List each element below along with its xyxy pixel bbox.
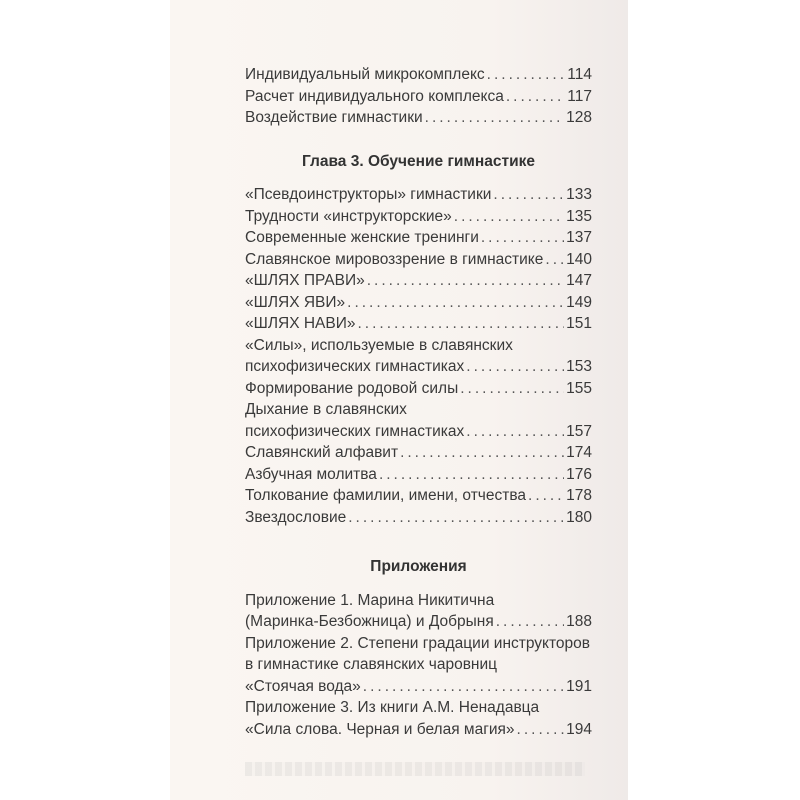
leader-dots xyxy=(466,421,564,443)
toc-entry: «Псевдоинструкторы» гимнастики133 xyxy=(245,184,592,206)
entry-title: Формирование родовой силы xyxy=(245,378,458,400)
entry-title-line: Приложение 2. Степени градации инструкто… xyxy=(245,633,592,655)
entry-title: (Маринка-Безбожница) и Добрыня xyxy=(245,611,494,633)
entry-title-line: «Силы», используемые в славянских xyxy=(245,335,592,357)
leader-dots xyxy=(506,86,565,108)
page-number: 180 xyxy=(566,507,592,529)
entry-title-line: Приложение 3. Из книги А.М. Ненадавца xyxy=(245,697,592,719)
page-number: 140 xyxy=(566,249,592,271)
page-number: 157 xyxy=(566,421,592,443)
page-number: 191 xyxy=(566,676,592,698)
entry-title: Звездословие xyxy=(245,507,346,529)
page-number: 176 xyxy=(566,464,592,486)
leader-dots xyxy=(367,270,564,292)
page-number: 147 xyxy=(566,270,592,292)
page-number: 155 xyxy=(566,378,592,400)
entry-title: «ШЛЯХ НАВИ» xyxy=(245,313,355,335)
leader-dots xyxy=(493,184,564,206)
toc-entry: Звездословие180 xyxy=(245,507,592,529)
page-number: 188 xyxy=(566,611,592,633)
page-number: 174 xyxy=(566,442,592,464)
entry-title: «ШЛЯХ ЯВИ» xyxy=(245,292,345,314)
entry-title-line: Дыхание в славянских xyxy=(245,399,592,421)
leader-dots xyxy=(496,611,564,633)
entry-title: Расчет индивидуального комплекса xyxy=(245,86,504,108)
leader-dots xyxy=(400,442,564,464)
entry-title: Воздействие гимнастики xyxy=(245,107,423,129)
page-number: 194 xyxy=(566,719,592,741)
page-number: 151 xyxy=(566,313,592,335)
toc-entry: Современные женские тренинги137 xyxy=(245,227,592,249)
leader-dots xyxy=(517,719,565,741)
toc-entry: «ШЛЯХ ЯВИ»149 xyxy=(245,292,592,314)
leader-dots xyxy=(348,507,564,529)
toc-entry: психофизических гимнастиках153 xyxy=(245,356,592,378)
leader-dots xyxy=(528,485,564,507)
entry-title: Славянский алфавит xyxy=(245,442,398,464)
leader-dots xyxy=(357,313,564,335)
entry-title: Индивидуальный микрокомплекс xyxy=(245,64,485,86)
toc-entry: психофизических гимнастиках157 xyxy=(245,421,592,443)
toc-entry: Индивидуальный микрокомплекс114 xyxy=(245,64,592,86)
leader-dots xyxy=(545,249,564,271)
toc-entry: (Маринка-Безбожница) и Добрыня188 xyxy=(245,611,592,633)
toc-entry: «Стоячая вода»191 xyxy=(245,676,592,698)
entry-title: «Стоячая вода» xyxy=(245,676,361,698)
appendices-heading: Приложения xyxy=(245,556,592,578)
toc-entry: Азбучная молитва176 xyxy=(245,464,592,486)
page-number: 137 xyxy=(566,227,592,249)
leader-dots xyxy=(425,107,564,129)
chapter-heading: Глава 3. Обучение гимнастике xyxy=(245,151,592,173)
entry-title: Славянское мировоззрение в гимнастике xyxy=(245,249,543,271)
entry-title: Толкование фамилии, имени, отчества xyxy=(245,485,526,507)
leader-dots xyxy=(460,378,564,400)
entry-title: Трудности «инструкторские» xyxy=(245,206,452,228)
toc-entry: Трудности «инструкторские»135 xyxy=(245,206,592,228)
entry-title: «ШЛЯХ ПРАВИ» xyxy=(245,270,365,292)
toc-entry: Славянский алфавит174 xyxy=(245,442,592,464)
page-number: 128 xyxy=(566,107,592,129)
page-number: 135 xyxy=(566,206,592,228)
page-number: 149 xyxy=(566,292,592,314)
leader-dots xyxy=(454,206,564,228)
entry-title-line: Приложение 1. Марина Никитична xyxy=(245,590,592,612)
entry-title: психофизических гимнастиках xyxy=(245,356,464,378)
leader-dots xyxy=(481,227,564,249)
entry-title: психофизических гимнастиках xyxy=(245,421,464,443)
entry-title: Современные женские тренинги xyxy=(245,227,479,249)
leader-dots xyxy=(347,292,564,314)
toc-entry: Расчет индивидуального комплекса117 xyxy=(245,86,592,108)
entry-title-line: в гимнастике славянских чаровниц xyxy=(245,654,592,676)
page-number: 133 xyxy=(566,184,592,206)
toc-entry: Формирование родовой силы155 xyxy=(245,378,592,400)
table-of-contents: Индивидуальный микрокомплекс114 Расчет и… xyxy=(245,64,592,740)
toc-entry: «Сила слова. Черная и белая магия»194 xyxy=(245,719,592,741)
entry-title: «Псевдоинструкторы» гимнастики xyxy=(245,184,491,206)
page-number: 178 xyxy=(566,485,592,507)
leader-dots xyxy=(487,64,566,86)
page-number: 114 xyxy=(567,64,592,86)
page-number: 153 xyxy=(566,356,592,378)
bleed-through-ornament xyxy=(245,762,585,776)
page-number: 117 xyxy=(567,86,592,108)
toc-entry: Воздействие гимнастики128 xyxy=(245,107,592,129)
toc-entry: Славянское мировоззрение в гимнастике140 xyxy=(245,249,592,271)
entry-title: Азбучная молитва xyxy=(245,464,377,486)
leader-dots xyxy=(379,464,564,486)
toc-entry: «ШЛЯХ ПРАВИ»147 xyxy=(245,270,592,292)
leader-dots xyxy=(363,676,564,698)
entry-title: «Сила слова. Черная и белая магия» xyxy=(245,719,515,741)
leader-dots xyxy=(466,356,564,378)
toc-entry: «ШЛЯХ НАВИ»151 xyxy=(245,313,592,335)
toc-entry: Толкование фамилии, имени, отчества178 xyxy=(245,485,592,507)
